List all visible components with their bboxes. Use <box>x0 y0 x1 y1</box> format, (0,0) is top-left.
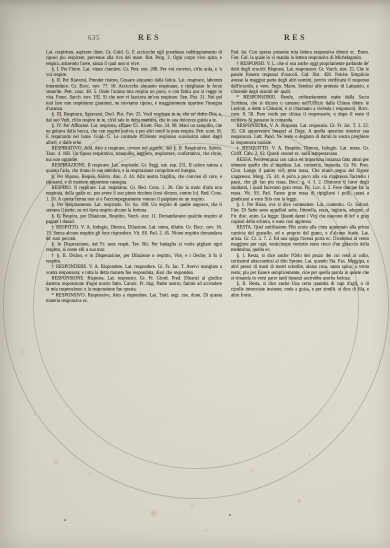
text-column-left: Lat. respirium, aspicere diem. Gr. Guid.… <box>46 50 222 428</box>
paragraph: RESTA. Quel sottilissimo Filo acuto alla… <box>231 225 369 253</box>
paragraph: §. II. Per Riaversi, Prender ristoro, Ce… <box>46 78 222 112</box>
foxing-spot <box>204 528 208 532</box>
paragraph: §. II. Resta, si dice anche Una certa qu… <box>231 282 369 299</box>
paragraph: §. Per Riposo, Requie. Salvin. disc. 2. … <box>46 174 222 185</box>
running-head-left: RES <box>138 33 161 42</box>
ink-speck <box>309 454 310 455</box>
paragraph: §. IV. Per Affiorare. Lat. respirata, af… <box>46 123 222 146</box>
foxing-spot <box>149 509 158 517</box>
paragraph: §. I. Resta, si dice anche l'Orlo del pe… <box>231 253 369 281</box>
ink-speck <box>229 514 231 516</box>
paragraph: RESPIRATIVO. Add. Atto a respirare, ovve… <box>46 146 222 163</box>
column-right-text: Pad. lat. Con questa presente mia letter… <box>231 50 369 299</box>
foxing-spot <box>20 350 24 354</box>
scan-top-edge-shadow <box>0 0 390 7</box>
foxing-spot <box>249 468 254 473</box>
paragraph: † RESPONDERE. V. A. Rispondere. Lat. res… <box>46 265 222 276</box>
text-column-right: Pad. lat. Con questa presente mia letter… <box>231 50 369 434</box>
paragraph: §. In Disperazione, dal Fr. sans respit.… <box>46 242 222 253</box>
paragraph: §. II. Respiro, per Dilazione, Respitto.… <box>46 214 222 225</box>
ink-speck <box>64 519 66 521</box>
paragraph: RESPONSIONE. Risposta. Lat. responsio. G… <box>46 276 222 293</box>
page-header: 635 RES RES <box>0 33 390 45</box>
scanned-page: 635 RES RES Lat. respirium, aspicere die… <box>0 0 390 548</box>
foxing-spot <box>53 459 59 465</box>
paragraph: RESSA. Perseveranza con calca ed importu… <box>231 157 369 202</box>
paragraph: §. I. Per Finire. Lat. vitam claudere. G… <box>46 67 222 78</box>
paragraph: † RESPITTO. V. A. Indugio, Dimora, Dilaz… <box>46 225 222 242</box>
paragraph: RESPIRO. Il respirare. Lat. respiratus. … <box>46 186 222 203</box>
paragraph: RESPONSURA. V. A. Risposta. Lat. respons… <box>231 123 369 146</box>
paragraph: † RESQUITTO. V. A. Respitto, Dimora, Ind… <box>231 146 369 157</box>
paragraph: † RESPONSO. V. L. che si usa anche oggi … <box>231 61 369 95</box>
paragraph: Lat. respirium, aspicere diem. Gr. Guid.… <box>46 50 222 67</box>
paragraph: Pad. lat. Con questa presente mia letter… <box>231 50 369 61</box>
foxing-spot <box>190 503 194 507</box>
paragraph: † §. II. Dicino, e in Disperazione, per … <box>46 253 222 264</box>
paragraph: * RESPONSORIO. Parole, ordinariamente tr… <box>231 95 369 123</box>
paragraph: RESPIRAZIONE. Il respirare. Lat. respira… <box>46 163 222 174</box>
paragraph: * RESPONSIVO. Responsivo, Atto a rispond… <box>46 293 222 304</box>
paragraph: §. III. Respirare, Sgravarsi, Decl. Pist… <box>46 112 222 123</box>
page-number: 635 <box>88 34 100 42</box>
paragraph: §. I. Per Rissa, ove si dice contendere.… <box>231 203 369 226</box>
foxing-spot <box>296 498 302 504</box>
column-left-text: Lat. respirium, aspicere diem. Gr. Guid.… <box>46 50 222 304</box>
ink-speck <box>34 414 35 415</box>
paragraph: §. Per Respiramento. Lat. respiratio. Fi… <box>46 203 222 214</box>
foxing-spot <box>88 472 92 476</box>
running-head-right: RES <box>284 33 307 42</box>
